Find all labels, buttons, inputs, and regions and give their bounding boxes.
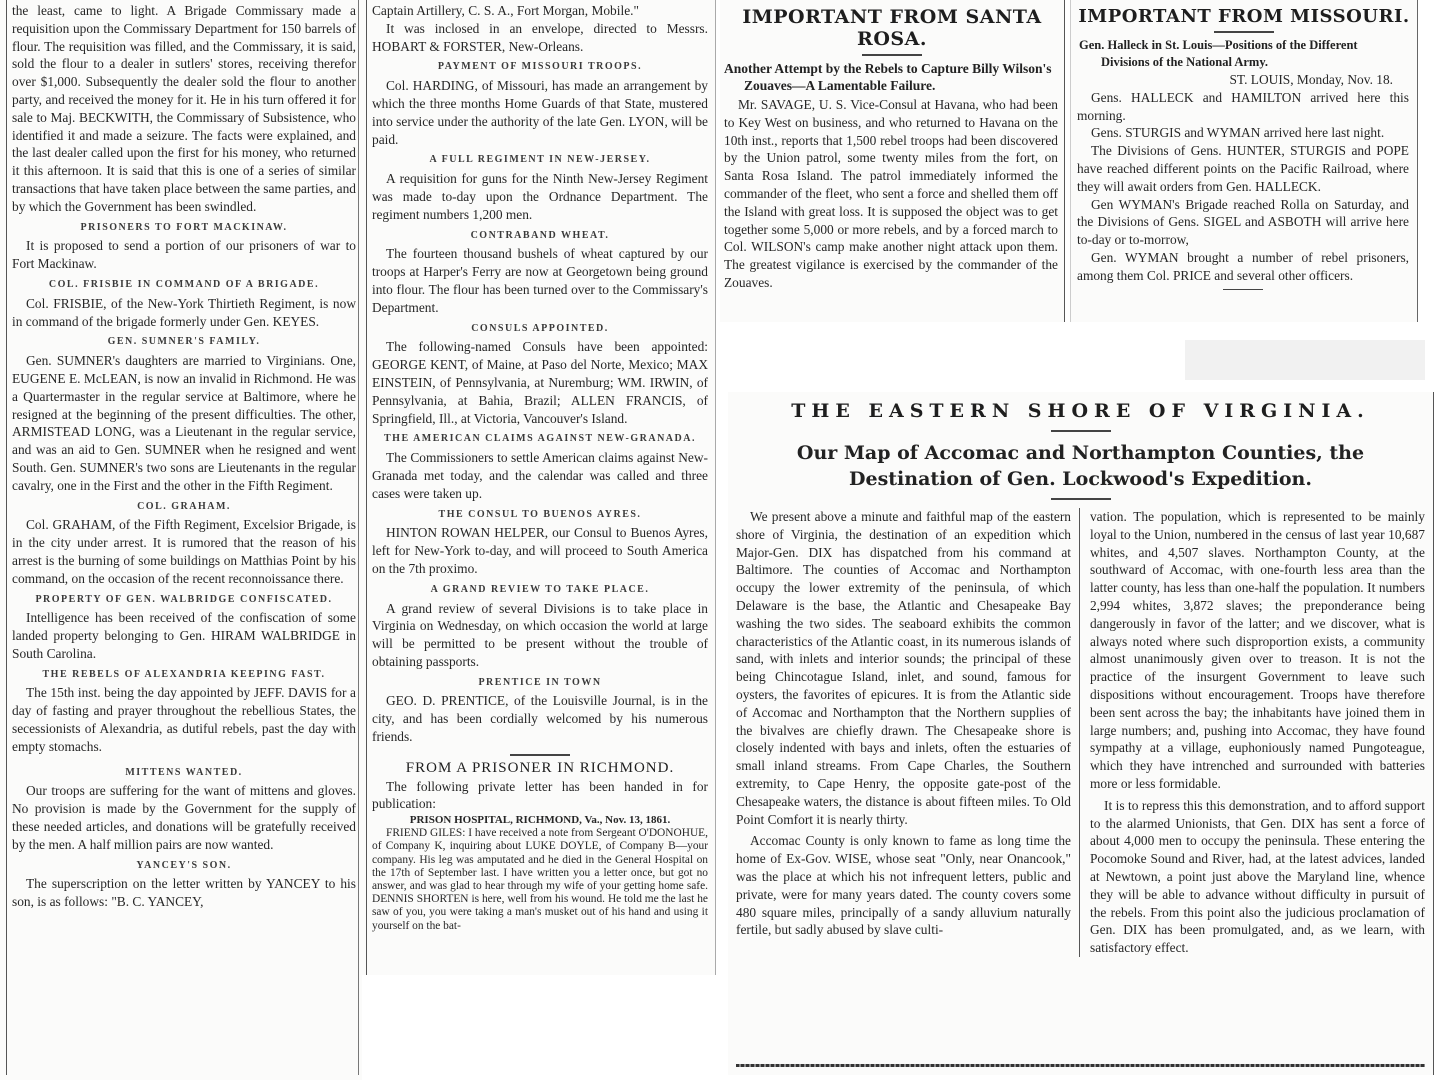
item-body: Col. GRAHAM, of the Fifth Regiment, Exce…: [12, 516, 356, 587]
story-headline: THE EASTERN SHORE OF VIRGINIA.: [728, 400, 1433, 422]
story-paragraph: It is to repress this this demonstration…: [1090, 797, 1425, 957]
item-heading: THE AMERICAN CLAIMS AGAINST NEW-GRANADA.: [372, 430, 708, 448]
news-item: COL. GRAHAM.Col. GRAHAM, of the Fifth Re…: [12, 498, 356, 588]
item-body: Col. HARDING, of Missouri, has made an a…: [372, 77, 708, 148]
story-headline: IMPORTANT FROM MISSOURI.: [1071, 6, 1417, 27]
news-item: MITTENS WANTED.Our troops are suffering …: [12, 764, 356, 854]
story-deck: Another Attempt by the Rebels to Capture…: [720, 60, 1064, 94]
item-body: The superscription on the letter written…: [12, 875, 356, 911]
story-text: Mr. SAVAGE, U. S. Vice-Consul at Havana,…: [720, 94, 1064, 292]
item-body: The 15th inst. being the day appointed b…: [12, 684, 356, 755]
ornamental-divider: [1214, 31, 1274, 33]
letter-body: FRIEND GILES: I have received a note fro…: [372, 827, 708, 933]
item-heading: YANCEY'S SON.: [12, 857, 356, 875]
column-1-text: the least, came to light. A Brigade Comm…: [12, 2, 356, 911]
item-body: Col. FRISBIE, of the New-York Thirtieth …: [12, 295, 356, 331]
item-heading: CONTRABAND WHEAT.: [372, 227, 708, 245]
story-text: ST. LOUIS, Monday, Nov. 18. Gens. HALLEC…: [1071, 71, 1417, 290]
lead-paragraph: the least, came to light. A Brigade Comm…: [12, 2, 356, 216]
letter-dateline: PRISON HOSPITAL, RICHMOND, Va., Nov. 13,…: [372, 813, 708, 827]
clipping-column-2: Captain Artillery, C. S. A., Fort Morgan…: [362, 0, 716, 975]
item-heading: COL. GRAHAM.: [12, 498, 356, 516]
clipping-missouri: IMPORTANT FROM MISSOURI. Gen. Halleck in…: [1070, 0, 1418, 322]
background-fragment: [1185, 340, 1425, 380]
item-heading: GEN. SUMNER'S FAMILY.: [12, 333, 356, 351]
story-body: Mr. SAVAGE, U. S. Vice-Consul at Havana,…: [724, 96, 1058, 292]
news-item: PROPERTY OF GEN. WALBRIDGE CONFISCATED.I…: [12, 591, 356, 663]
lead-paragraph-2: It was inclosed in an envelope, directed…: [372, 20, 708, 56]
story-deck: Gen. Halleck in St. Louis—Positions of t…: [1071, 37, 1417, 71]
item-body: A requisition for guns for the Ninth New…: [372, 170, 708, 223]
clipping-eastern-shore: THE EASTERN SHORE OF VIRGINIA. Our Map o…: [728, 392, 1434, 1075]
item-body: The Commissioners to settle American cla…: [372, 449, 708, 502]
news-item: PRISONERS TO FORT MACKINAW.It is propose…: [12, 219, 356, 273]
story-paragraph: Gens. HALLECK and HAMILTON arrived here …: [1077, 89, 1409, 125]
story-deck: Our Map of Accomac and Northampton Count…: [728, 440, 1433, 492]
news-item: THE AMERICAN CLAIMS AGAINST NEW-GRANADA.…: [372, 430, 708, 502]
item-body: GEO. D. PRENTICE, of the Louisville Jour…: [372, 692, 708, 745]
lead-paragraph: Captain Artillery, C. S. A., Fort Morgan…: [372, 2, 708, 20]
item-heading: PRISONERS TO FORT MACKINAW.: [12, 219, 356, 237]
story-dateline: ST. LOUIS, Monday, Nov. 18.: [1077, 71, 1409, 89]
item-heading: MITTENS WANTED.: [12, 764, 356, 782]
item-heading: PRENTICE IN TOWN: [372, 674, 708, 692]
story-paragraph: The Divisions of Gens. HUNTER, STURGIS a…: [1077, 142, 1409, 195]
news-item: CONTRABAND WHEAT.The fourteen thousand b…: [372, 227, 708, 317]
news-item: THE REBELS OF ALEXANDRIA KEEPING FAST.Th…: [12, 666, 356, 756]
story-column-left: We present above a minute and faithful m…: [728, 508, 1079, 957]
deck-divider: [1051, 498, 1111, 500]
item-heading: THE REBELS OF ALEXANDRIA KEEPING FAST.: [12, 666, 356, 684]
section-divider: [510, 754, 570, 756]
item-heading: THE CONSUL TO BUENOS AYRES.: [372, 506, 708, 524]
item-body: The following-named Consuls have been ap…: [372, 338, 708, 427]
prisoner-story: FROM A PRISONER IN RICHMOND. The followi…: [372, 760, 708, 933]
item-body: Intelligence has been received of the co…: [12, 609, 356, 662]
item-body: Gen. SUMNER's daughters are married to V…: [12, 352, 356, 494]
clipping-column-1: the least, came to light. A Brigade Comm…: [0, 0, 362, 1080]
news-item: GEN. SUMNER'S FAMILY.Gen. SUMNER's daugh…: [12, 333, 356, 494]
item-heading: A FULL REGIMENT IN NEW-JERSEY.: [372, 151, 708, 169]
story-headline: FROM A PRISONER IN RICHMOND.: [372, 760, 708, 778]
news-item: THE CONSUL TO BUENOS AYRES.HINTON ROWAN …: [372, 506, 708, 578]
end-divider: [1223, 289, 1263, 290]
news-item: PRENTICE IN TOWNGEO. D. PRENTICE, of the…: [372, 674, 708, 746]
story-paragraph: Gen WYMAN's Brigade reached Rolla on Sat…: [1077, 196, 1409, 249]
item-body: A grand review of several Divisions is t…: [372, 600, 708, 671]
story-paragraph: We present above a minute and faithful m…: [736, 508, 1071, 828]
news-item: CONSULS APPOINTED.The following-named Co…: [372, 320, 708, 428]
item-heading: CONSULS APPOINTED.: [372, 320, 708, 338]
column-2-text: Captain Artillery, C. S. A., Fort Morgan…: [372, 2, 708, 933]
news-item: A GRAND REVIEW TO TAKE PLACE.A grand rev…: [372, 581, 708, 671]
ornamental-divider: [862, 54, 922, 56]
story-column-right: vation. The population, which is represe…: [1080, 508, 1433, 957]
clipping-santa-rosa: IMPORTANT FROM SANTA ROSA. Another Attem…: [720, 0, 1065, 322]
column-rule: [6, 0, 7, 1075]
item-body: Our troops are suffering for the want of…: [12, 782, 356, 853]
news-item: A FULL REGIMENT IN NEW-JERSEY.A requisit…: [372, 151, 708, 223]
story-columns: We present above a minute and faithful m…: [728, 508, 1433, 957]
story-paragraph: Gen. WYMAN brought a number of rebel pri…: [1077, 249, 1409, 285]
headline-divider: [1051, 430, 1111, 432]
story-paragraph: Accomac County is only known to fame as …: [736, 832, 1071, 939]
column-rule: [358, 0, 359, 1075]
item-heading: PROPERTY OF GEN. WALBRIDGE CONFISCATED.: [12, 591, 356, 609]
item-heading: A GRAND REVIEW TO TAKE PLACE.: [372, 581, 708, 599]
bottom-rule: [736, 1064, 1425, 1067]
item-heading: PAYMENT OF MISSOURI TROOPS.: [372, 58, 708, 76]
item-body: HINTON ROWAN HELPER, our Consul to Bueno…: [372, 524, 708, 577]
item-body: It is proposed to send a portion of our …: [12, 237, 356, 273]
story-intro: The following private letter has been ha…: [372, 778, 708, 814]
story-paragraph: vation. The population, which is represe…: [1090, 508, 1425, 793]
column-rule: [366, 0, 367, 975]
story-paragraph: Gens. STURGIS and WYMAN arrived here las…: [1077, 124, 1409, 142]
item-body: The fourteen thousand bushels of wheat c…: [372, 245, 708, 316]
news-item: YANCEY'S SON.The superscription on the l…: [12, 857, 356, 911]
story-headline: IMPORTANT FROM SANTA ROSA.: [720, 6, 1064, 50]
item-heading: COL. FRISBIE IN COMMAND OF A BRIGADE.: [12, 276, 356, 294]
news-item: COL. FRISBIE IN COMMAND OF A BRIGADE.Col…: [12, 276, 356, 330]
news-item: PAYMENT OF MISSOURI TROOPS.Col. HARDING,…: [372, 58, 708, 148]
